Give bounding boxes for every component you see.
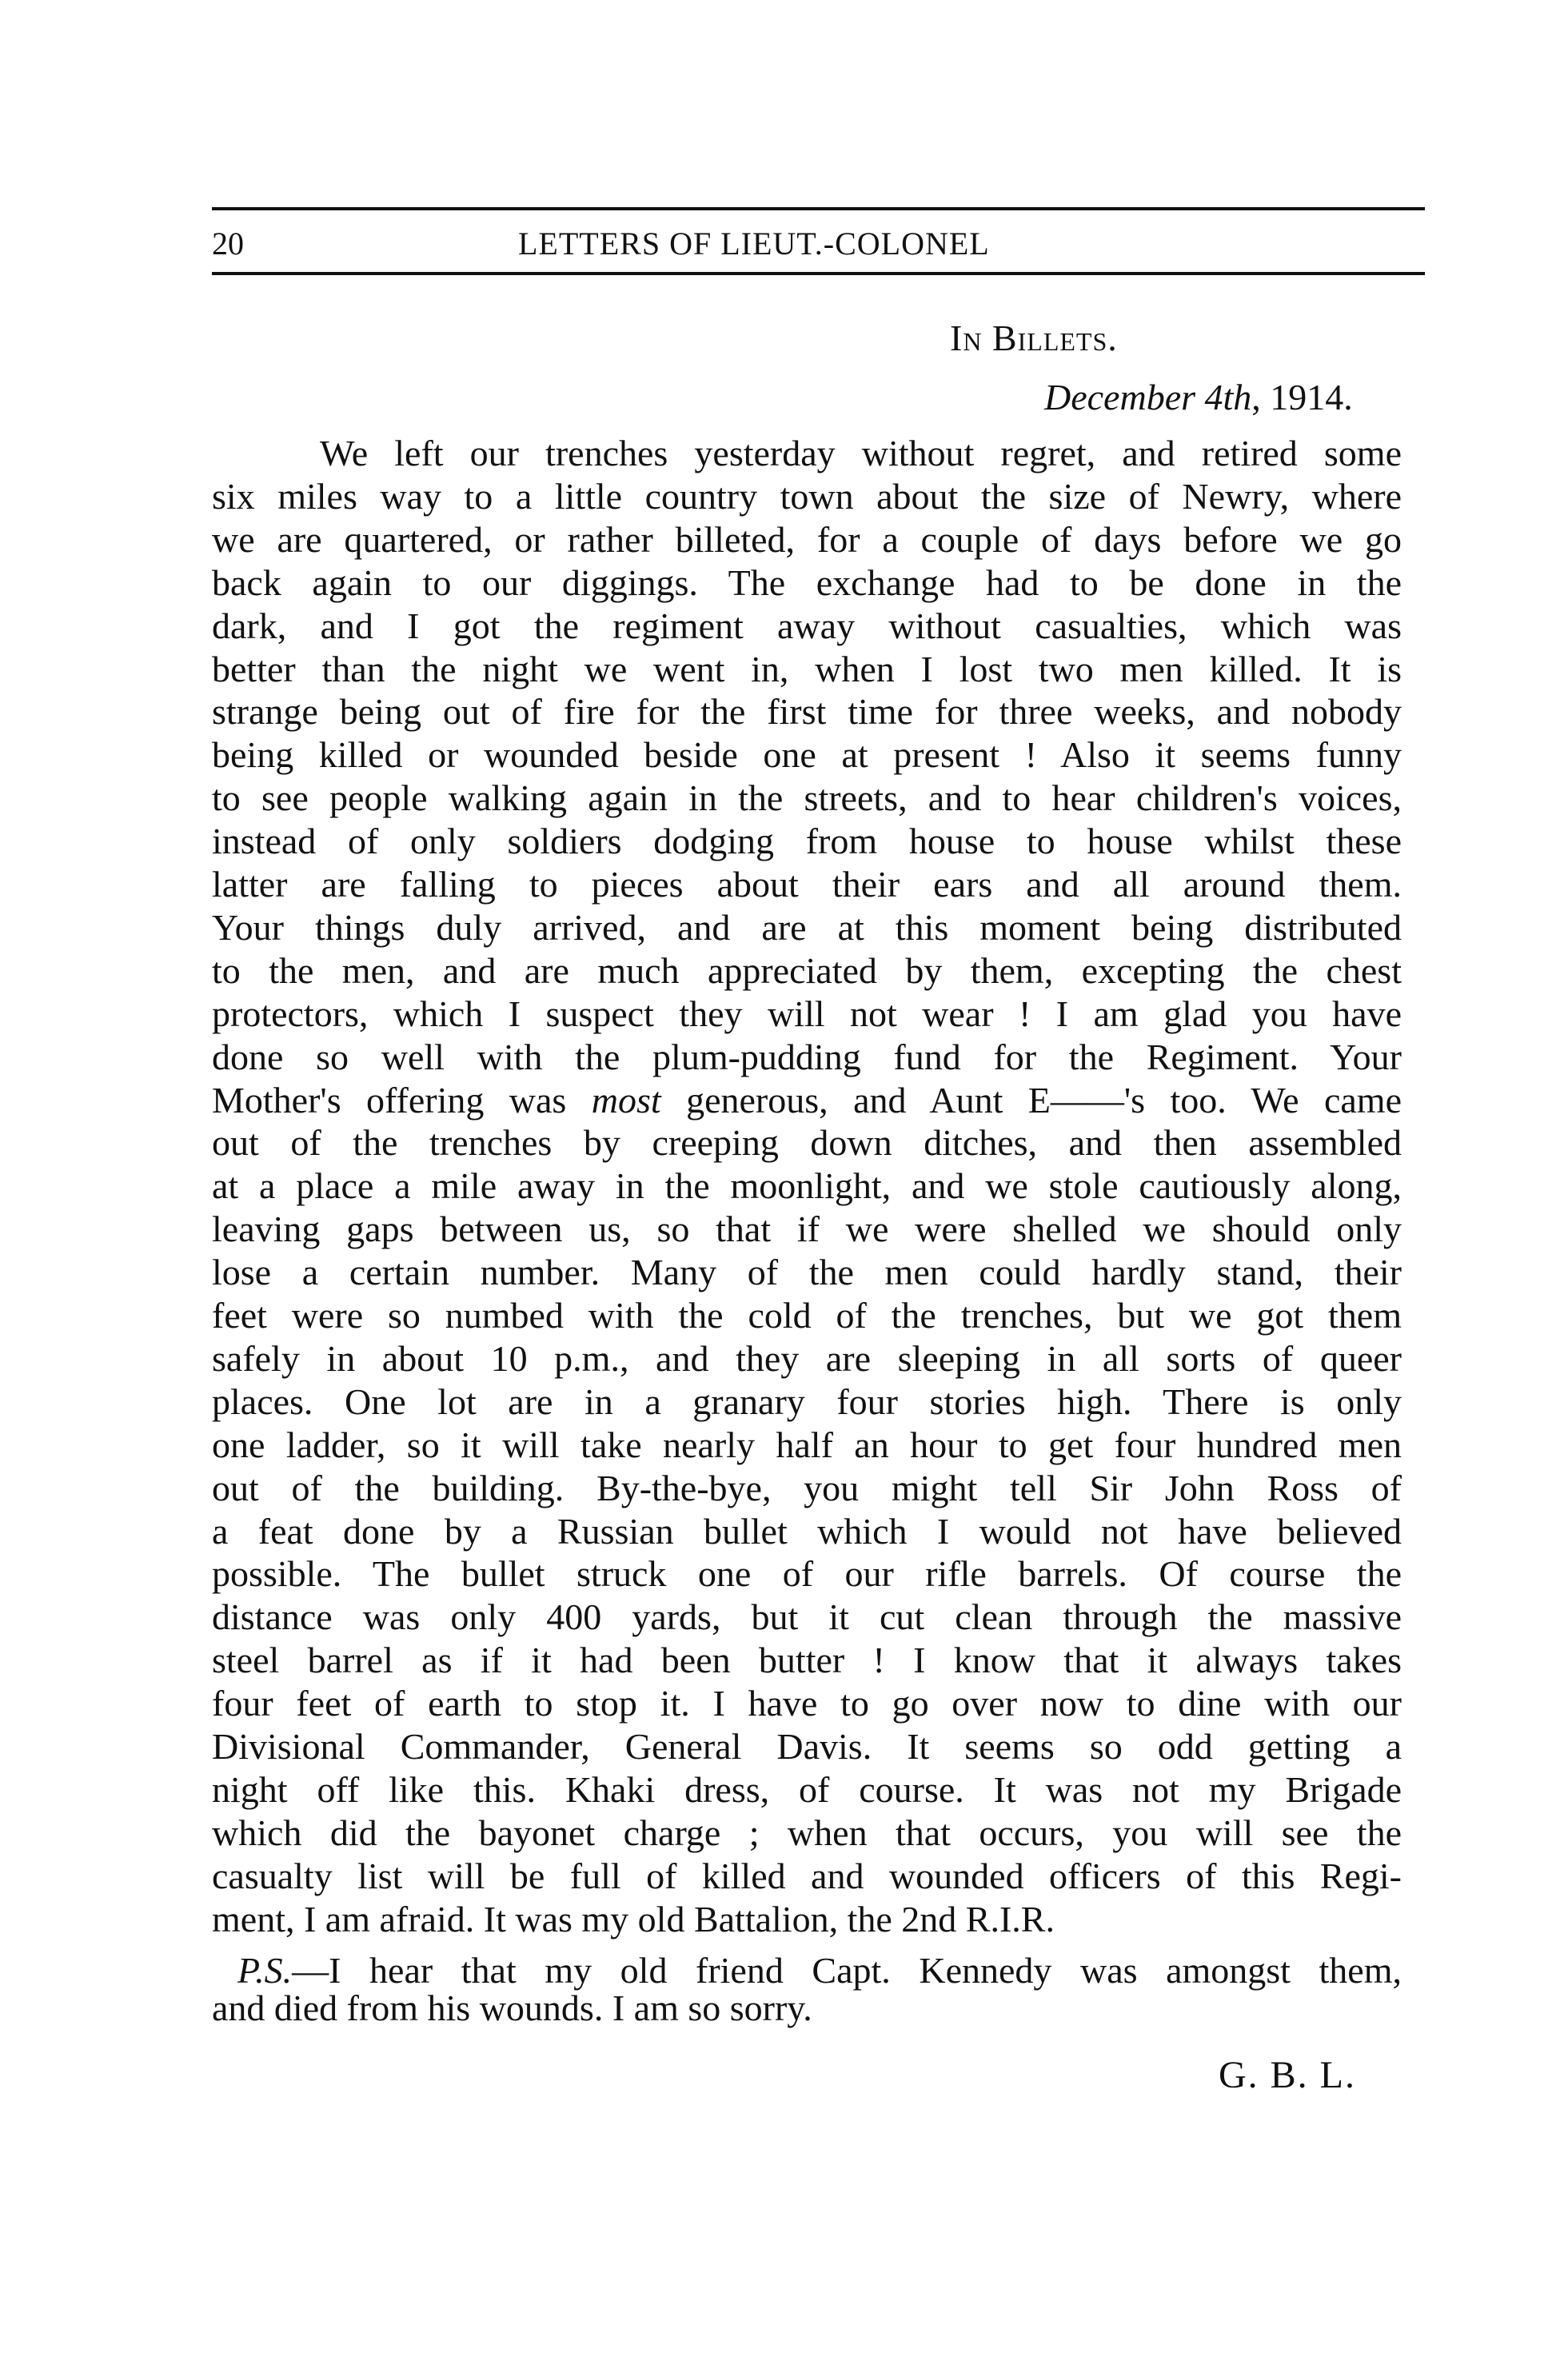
body-line: four feet of earth to stop it. I have to… <box>212 1682 1402 1725</box>
body-line: protectors, which I suspect they will no… <box>212 993 1402 1036</box>
page-number: 20 <box>212 226 244 262</box>
body-line: Your things duly arrived, and are at thi… <box>212 906 1402 949</box>
body-line: dark, and I got the regiment away withou… <box>212 605 1402 648</box>
body-line: Divisional Commander, General Davis. It … <box>212 1725 1402 1768</box>
body-line: six miles way to a little country town a… <box>212 475 1402 518</box>
body-line: back again to our diggings. The exchange… <box>212 561 1402 605</box>
running-title: LETTERS OF LIEUT.-COLONEL <box>518 226 990 262</box>
letter-date-italic: December 4th <box>1044 377 1251 417</box>
postscript-line-1: P.S.—I hear that my old friend Capt. Ken… <box>237 1949 1402 1992</box>
body-text-run: Mother's offering was <box>212 1080 592 1121</box>
header-top-rule <box>212 207 1425 210</box>
letter-date: December 4th, 1914. <box>1044 376 1353 419</box>
body-line: to see people walking again in the stree… <box>212 777 1402 820</box>
body-line: we are quartered, or rather billeted, fo… <box>212 518 1402 561</box>
body-line: instead of only soldiers dodging from ho… <box>212 820 1402 863</box>
body-line: possible. The bullet struck one of our r… <box>212 1552 1402 1596</box>
header-bottom-rule <box>212 272 1425 275</box>
body-line: out of the building. By-the-bye, you mig… <box>212 1467 1402 1510</box>
body-line: distance was only 400 yards, but it cut … <box>212 1596 1402 1639</box>
body-line: latter are falling to pieces about their… <box>212 863 1402 906</box>
body-line: lose a certain number. Many of the men c… <box>212 1251 1402 1294</box>
body-line: Mother's offering was most generous, and… <box>212 1079 1402 1122</box>
body-text-run: generous, and Aunt E——'s too. We came <box>661 1080 1402 1121</box>
body-line: at a place a mile away in the moonlight,… <box>212 1165 1402 1208</box>
body-line: safely in about 10 p.m., and they are sl… <box>212 1337 1402 1380</box>
book-page: 20 LETTERS OF LIEUT.-COLONEL In Billets.… <box>0 0 1568 2377</box>
body-line: out of the trenches by creeping down dit… <box>212 1121 1402 1165</box>
letter-place-heading: In Billets. <box>950 318 1118 358</box>
body-line: one ladder, so it will take nearly half … <box>212 1424 1402 1467</box>
body-line: night off like this. Khaki dress, of cou… <box>212 1768 1402 1812</box>
body-line: better than the night we went in, when I… <box>212 648 1402 691</box>
body-line: a feat done by a Russian bullet which I … <box>212 1510 1402 1553</box>
postscript-label: P.S. <box>237 1950 292 1991</box>
body-line: steel barrel as if it had been butter ! … <box>212 1639 1402 1682</box>
body-emphasis: most <box>592 1080 661 1121</box>
letter-date-year: , 1914. <box>1251 377 1353 417</box>
body-line: feet were so numbed with the cold of the… <box>212 1294 1402 1337</box>
body-line: strange being out of fire for the first … <box>212 690 1402 733</box>
body-line: leaving gaps between us, so that if we w… <box>212 1208 1402 1251</box>
body-line: being killed or wounded beside one at pr… <box>212 733 1402 777</box>
body-line: casualty list will be full of killed and… <box>212 1855 1402 1898</box>
body-line: We left our trenches yesterday without r… <box>320 432 1402 475</box>
postscript-line-1-text: —I hear that my old friend Capt. Kennedy… <box>292 1950 1402 1991</box>
body-line: ment, I am afraid. It was my old Battali… <box>212 1898 1402 1941</box>
postscript-line-2: and died from his wounds. I am so sorry. <box>212 1987 1402 2030</box>
body-line: places. One lot are in a granary four st… <box>212 1380 1402 1424</box>
body-line: done so well with the plum-pudding fund … <box>212 1036 1402 1079</box>
body-line: which did the bayonet charge ; when that… <box>212 1812 1402 1855</box>
body-line: to the men, and are much appreciated by … <box>212 949 1402 993</box>
running-head: 20 LETTERS OF LIEUT.-COLONEL <box>212 226 1425 262</box>
signature: G. B. L. <box>1219 2054 1356 2097</box>
